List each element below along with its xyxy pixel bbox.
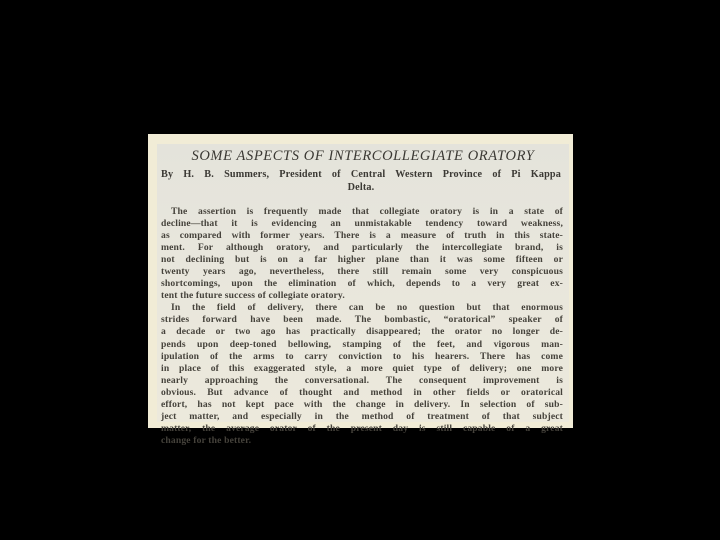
text-line: in place of this exaggerated style, a mo… [161, 363, 563, 375]
text-line: change for the better. [161, 435, 563, 447]
text-line: nearly approaching the conversational. T… [161, 375, 563, 387]
text-line: tent the future success of collegiate or… [161, 290, 563, 302]
article-text: The assertion is frequently made that co… [161, 206, 563, 447]
text-line: ment. For although oratory, and particul… [161, 242, 563, 254]
article-title: SOME ASPECTS OF INTERCOLLEGIATE ORATORY [157, 148, 569, 165]
newspaper-clipping: SOME ASPECTS OF INTERCOLLEGIATE ORATORY … [148, 134, 573, 428]
text-line: decline—that it is evidencing an unmista… [161, 218, 563, 230]
text-line: obvious. But advance of thought and meth… [161, 387, 563, 399]
text-line: ipulation of the arms to carry convictio… [161, 351, 563, 363]
paragraph-2: In the field of delivery, there can be n… [161, 302, 563, 447]
byline-line-1: By H. B. Summers, President of Central W… [161, 168, 561, 181]
article-byline: By H. B. Summers, President of Central W… [161, 168, 561, 194]
text-line: In the field of delivery, there can be n… [161, 302, 563, 314]
text-line: ject matter, and especially in the metho… [161, 411, 563, 423]
paragraph-1: The assertion is frequently made that co… [161, 206, 563, 302]
text-line: The assertion is frequently made that co… [161, 206, 563, 218]
text-line: not declining but is on a far higher pla… [161, 254, 563, 266]
text-line: strides forward have been made. The bomb… [161, 314, 563, 326]
text-line: as compared with former years. There is … [161, 230, 563, 242]
text-line: shortcomings, upon the elimination of wh… [161, 278, 563, 290]
article-body-area: SOME ASPECTS OF INTERCOLLEGIATE ORATORY … [157, 144, 569, 422]
byline-line-2: Delta. [348, 182, 375, 193]
text-line: effort, has not kept pace with the chang… [161, 399, 563, 411]
text-line: a decade or two ago has practically disa… [161, 326, 563, 338]
text-line: pends upon deep-toned bellowing, stampin… [161, 339, 563, 351]
text-line: twenty years ago, nevertheless, there st… [161, 266, 563, 278]
text-line: matter, the average orator of the presen… [161, 423, 563, 435]
